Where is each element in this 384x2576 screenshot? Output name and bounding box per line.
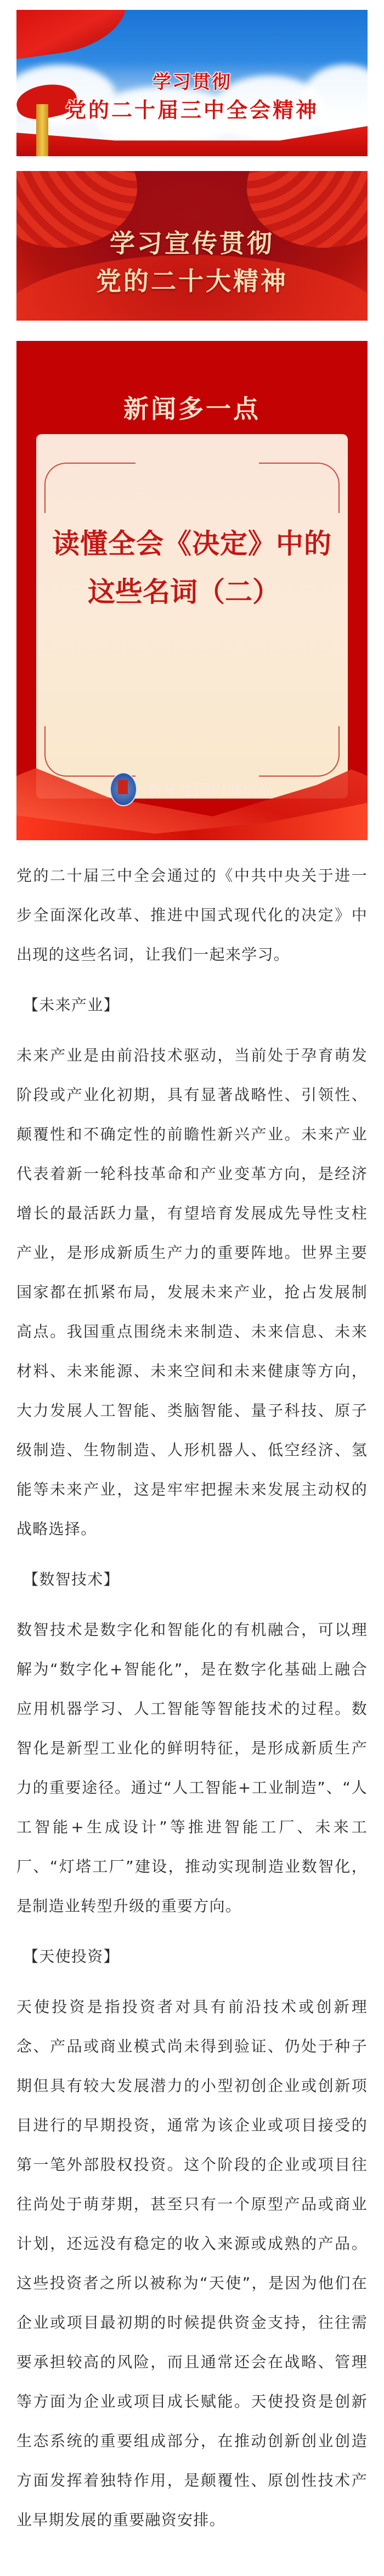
poster-card [36,434,348,799]
cover-poster: 新闻多一点 读懂全会《决定》中的 这些名词（二） 新华社国内部出品 [16,341,368,840]
banner-twentieth-congress: 学习宣传贯彻 党的二十大精神 [16,171,368,321]
poster-headline-line1: 读懂全会《决定》中的 [16,522,368,561]
section-paragraph: 天使投资是指投资者对具有前沿技术或创新理念、产品或商业模式尚未得到验证、仍处于种… [16,1987,368,2540]
credit-text: 新华社国内部出品 [147,778,274,800]
intro-paragraph: 党的二十届三中全会通过的《中共中央关于进一步全面深化改革、推进中国式现代化的决定… [16,856,368,974]
section-heading: 【数智技术】 [16,1560,368,1599]
frame-corner-decoration [44,463,135,513]
column-name: 新闻多一点 [16,389,368,425]
banner-title-line2: 党的二十大精神 [16,261,368,298]
article-page: 学习贯彻 党的二十届三中全会精神 学习宣传贯彻 党的二十大精神 新闻多一点 读懂… [0,10,384,2576]
banner-title-line1: 学习宣传贯彻 [16,224,368,260]
frame-corner-decoration [259,463,340,513]
frame-corner-decoration [44,726,135,777]
article-body: 党的二十届三中全会通过的《中共中央关于进一步全面深化改革、推进中国式现代化的决定… [0,856,384,2540]
section-paragraph: 数智技术是数字化和智能化的有机融合，可以理解为“数字化+智能化”，是在数字化基础… [16,1610,368,1926]
section-heading: 【未来产业】 [16,985,368,1025]
frame-corner-decoration [259,726,340,777]
banner-title-line1: 学习贯彻 [16,67,368,94]
xinhua-logo-icon [110,772,137,806]
banner-title-line2: 党的二十届三中全会精神 [16,93,368,123]
poster-headline-line2: 这些名词（二） [16,570,368,609]
banner-third-plenum: 学习贯彻 党的二十届三中全会精神 [16,10,368,156]
section-paragraph: 未来产业是由前沿技术驱动，当前处于孕育萌发阶段或产业化初期，具有显著战略性、引领… [16,1036,368,1549]
section-heading: 【天使投资】 [16,1937,368,1976]
credit-row: 新华社国内部出品 [16,773,368,806]
red-flag-icon [16,10,126,59]
